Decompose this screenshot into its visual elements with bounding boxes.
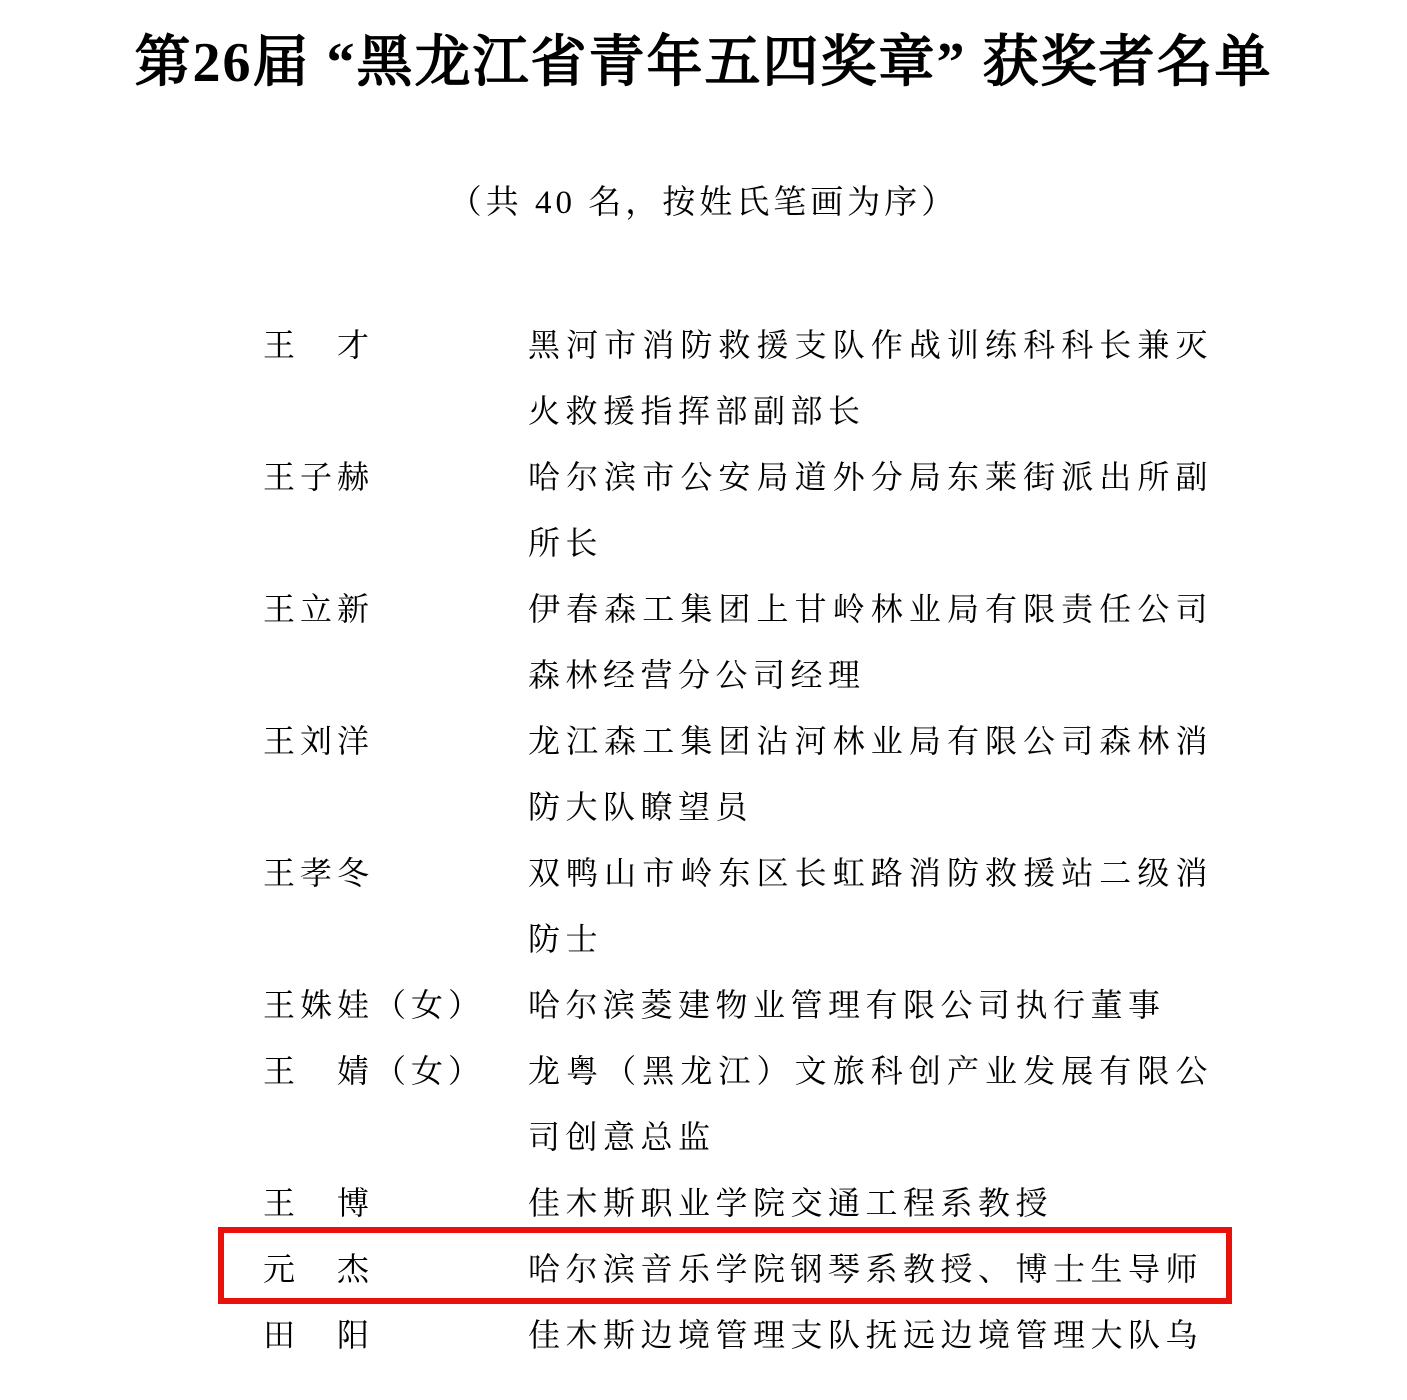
winner-description: 哈尔滨菱建物业管理有限公司执行董事	[528, 972, 1213, 1038]
winner-name: 王孝冬	[263, 840, 528, 906]
winner-description: 黑河市消防救援支队作战训练科科长兼灭火救援指挥部副部长	[528, 312, 1213, 444]
document-page: 第26届 “黑龙江省青年五四奖章” 获奖者名单 （共 40 名，按姓氏笔画为序）…	[0, 0, 1407, 1400]
winner-name: 元 杰	[263, 1236, 528, 1302]
winner-name: 王刘洋	[263, 708, 528, 774]
page-title: 第26届 “黑龙江省青年五四奖章” 获奖者名单	[0, 30, 1407, 97]
winner-list: 王 才 黑河市消防救援支队作战训练科科长兼灭火救援指挥部副部长 王子赫 哈尔滨市…	[263, 312, 1223, 1368]
list-item: 王孝冬 双鸭山市岭东区长虹路消防救援站二级消防士	[263, 840, 1223, 972]
winner-name: 王 博	[263, 1170, 528, 1236]
list-item: 王子赫 哈尔滨市公安局道外分局东莱街派出所副所长	[263, 444, 1223, 576]
winner-name: 王 婧（女）	[263, 1038, 528, 1104]
list-item: 王 才 黑河市消防救援支队作战训练科科长兼灭火救援指挥部副部长	[263, 312, 1223, 444]
list-item: 王 博 佳木斯职业学院交通工程系教授	[263, 1170, 1223, 1236]
list-item: 田 阳 佳木斯边境管理支队抚远边境管理大队乌	[263, 1302, 1223, 1368]
winner-name: 王子赫	[263, 444, 528, 510]
winner-description: 哈尔滨音乐学院钢琴系教授、博士生导师	[528, 1236, 1213, 1302]
winner-description: 佳木斯边境管理支队抚远边境管理大队乌	[528, 1302, 1213, 1368]
winner-description: 伊春森工集团上甘岭林业局有限责任公司森林经营分公司经理	[528, 576, 1213, 708]
list-item: 王 婧（女） 龙粤（黑龙江）文旅科创产业发展有限公司创意总监	[263, 1038, 1223, 1170]
winner-description: 双鸭山市岭东区长虹路消防救援站二级消防士	[528, 840, 1213, 972]
page-subtitle: （共 40 名，按姓氏笔画为序）	[0, 180, 1407, 226]
list-item: 王姝娃（女） 哈尔滨菱建物业管理有限公司执行董事	[263, 972, 1223, 1038]
winner-description: 龙粤（黑龙江）文旅科创产业发展有限公司创意总监	[528, 1038, 1213, 1170]
winner-description: 佳木斯职业学院交通工程系教授	[528, 1170, 1213, 1236]
list-item: 王立新 伊春森工集团上甘岭林业局有限责任公司森林经营分公司经理	[263, 576, 1223, 708]
winner-description: 龙江森工集团沾河林业局有限公司森林消防大队瞭望员	[528, 708, 1213, 840]
list-item: 王刘洋 龙江森工集团沾河林业局有限公司森林消防大队瞭望员	[263, 708, 1223, 840]
winner-description: 哈尔滨市公安局道外分局东莱街派出所副所长	[528, 444, 1213, 576]
winner-name: 王 才	[263, 312, 528, 378]
winner-name: 王姝娃（女）	[263, 972, 528, 1038]
list-item: 元 杰 哈尔滨音乐学院钢琴系教授、博士生导师	[263, 1236, 1223, 1302]
winner-name: 王立新	[263, 576, 528, 642]
winner-name: 田 阳	[263, 1302, 528, 1368]
